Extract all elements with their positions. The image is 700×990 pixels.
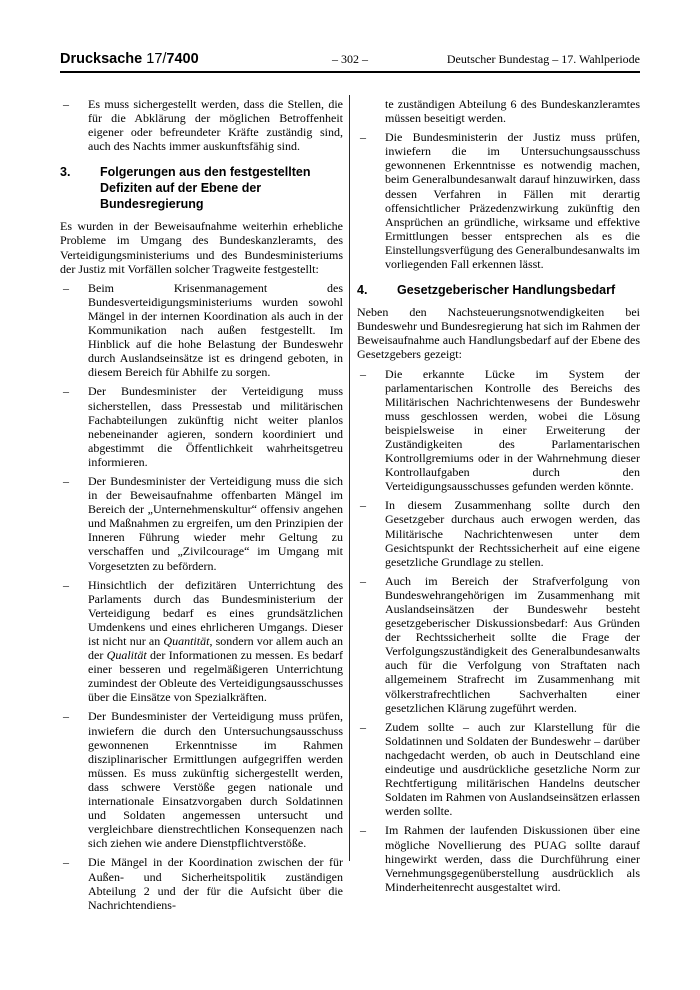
list-item-text: Der Bundesminister der Verteidigung muss… — [88, 474, 343, 573]
paragraph: Neben den Nachsteuerungsnotwendigkeiten … — [357, 305, 640, 361]
list-marker: – — [360, 367, 366, 381]
list-item-text: Hinsichtlich der defizitären Unterrichtu… — [88, 578, 343, 705]
section-4-heading: 4.Gesetzgeberischer Handlungsbedarf — [357, 282, 640, 298]
list-marker: – — [63, 384, 69, 398]
list-marker: – — [63, 709, 69, 723]
document-page: Drucksache 17/7400 – 302 – Deutscher Bun… — [0, 0, 700, 990]
doc-number: Drucksache 17/7400 — [60, 51, 332, 67]
section-number: 4. — [357, 282, 367, 298]
section-number: 3. — [60, 164, 70, 180]
list-item-text: Beim Krisenmanagement des Bundesverteidi… — [88, 281, 343, 380]
list-item-text: Auch im Bereich der Strafverfolgung von … — [385, 574, 640, 715]
list-marker: – — [63, 855, 69, 869]
list-item: –Die Mängel in der Koordination zwischen… — [60, 855, 343, 911]
doc-label: Drucksache — [60, 51, 142, 67]
list-marker: – — [63, 281, 69, 295]
right-column: te zuständigen Abteilung 6 des Bundeskan… — [357, 97, 640, 899]
list-item-text: Zudem sollte – auch zur Klarstellung für… — [385, 720, 640, 819]
section-title: Folgerungen aus den festgestellten Defiz… — [100, 165, 310, 211]
list-marker: – — [360, 574, 366, 588]
list-marker: – — [63, 578, 69, 592]
list-item-text: Die Mängel in der Koordination zwischen … — [88, 855, 343, 911]
list-marker: – — [63, 97, 69, 111]
list-item-text: Die Bundesministerin der Justiz muss prü… — [385, 130, 640, 271]
list-item: –In diesem Zusammenhang sollte durch den… — [357, 498, 640, 568]
list-item: –Beim Krisenmanagement des Bundesverteid… — [60, 281, 343, 380]
list-item: –Der Bundesminister der Verteidigung mus… — [60, 384, 343, 469]
edition-label: Deutscher Bundestag – 17. Wahlperiode — [368, 52, 640, 67]
list-item: –Die erkannte Lücke im System der parlam… — [357, 367, 640, 494]
italic-term: Quantität — [163, 634, 209, 648]
list-item: –Die Bundesministerin der Justiz muss pr… — [357, 130, 640, 271]
list-item: –Zudem sollte – auch zur Klarstellung fü… — [357, 720, 640, 819]
section-3-heading: 3.Folgerungen aus den festgestellten Def… — [60, 164, 343, 212]
list-item: –Hinsichtlich der defizitären Unterricht… — [60, 578, 343, 705]
list-item: –Im Rahmen der laufenden Diskussionen üb… — [357, 823, 640, 893]
list-marker: – — [360, 823, 366, 837]
doc-session: 17/ — [146, 51, 166, 67]
list-item: –Es muss sichergestellt werden, dass die… — [60, 97, 343, 153]
continuation-paragraph: te zuständigen Abteilung 6 des Bundeskan… — [357, 97, 640, 125]
list-item-text: Der Bundesminister der Verteidigung muss… — [88, 384, 343, 468]
list-marker: – — [360, 130, 366, 144]
page-header: Drucksache 17/7400 – 302 – Deutscher Bun… — [60, 51, 640, 73]
list-item-text: Der Bundesminister der Verteidigung muss… — [88, 709, 343, 850]
section-title: Gesetzgeberischer Handlungsbedarf — [397, 283, 615, 297]
list-item-text: Die erkannte Lücke im System der parlame… — [385, 367, 640, 494]
column-divider-rule — [349, 95, 350, 861]
paragraph: Es wurden in der Beweisaufnahme weiterhi… — [60, 219, 343, 275]
left-column: –Es muss sichergestellt werden, dass die… — [60, 97, 343, 917]
doc-number-value: 7400 — [166, 51, 198, 67]
list-item: –Der Bundesminister der Verteidigung mus… — [60, 474, 343, 573]
list-marker: – — [63, 474, 69, 488]
list-item: –Der Bundesminister der Verteidigung mus… — [60, 709, 343, 850]
list-item-text: Im Rahmen der laufenden Diskussionen übe… — [385, 823, 640, 893]
page-number: – 302 – — [332, 52, 368, 67]
list-item: –Auch im Bereich der Strafverfolgung von… — [357, 574, 640, 715]
list-item-text: In diesem Zusammenhang sollte durch den … — [385, 498, 640, 568]
italic-term: Qualität — [107, 648, 147, 662]
list-marker: – — [360, 498, 366, 512]
list-item-text: Es muss sichergestellt werden, dass die … — [88, 97, 343, 153]
list-marker: – — [360, 720, 366, 734]
